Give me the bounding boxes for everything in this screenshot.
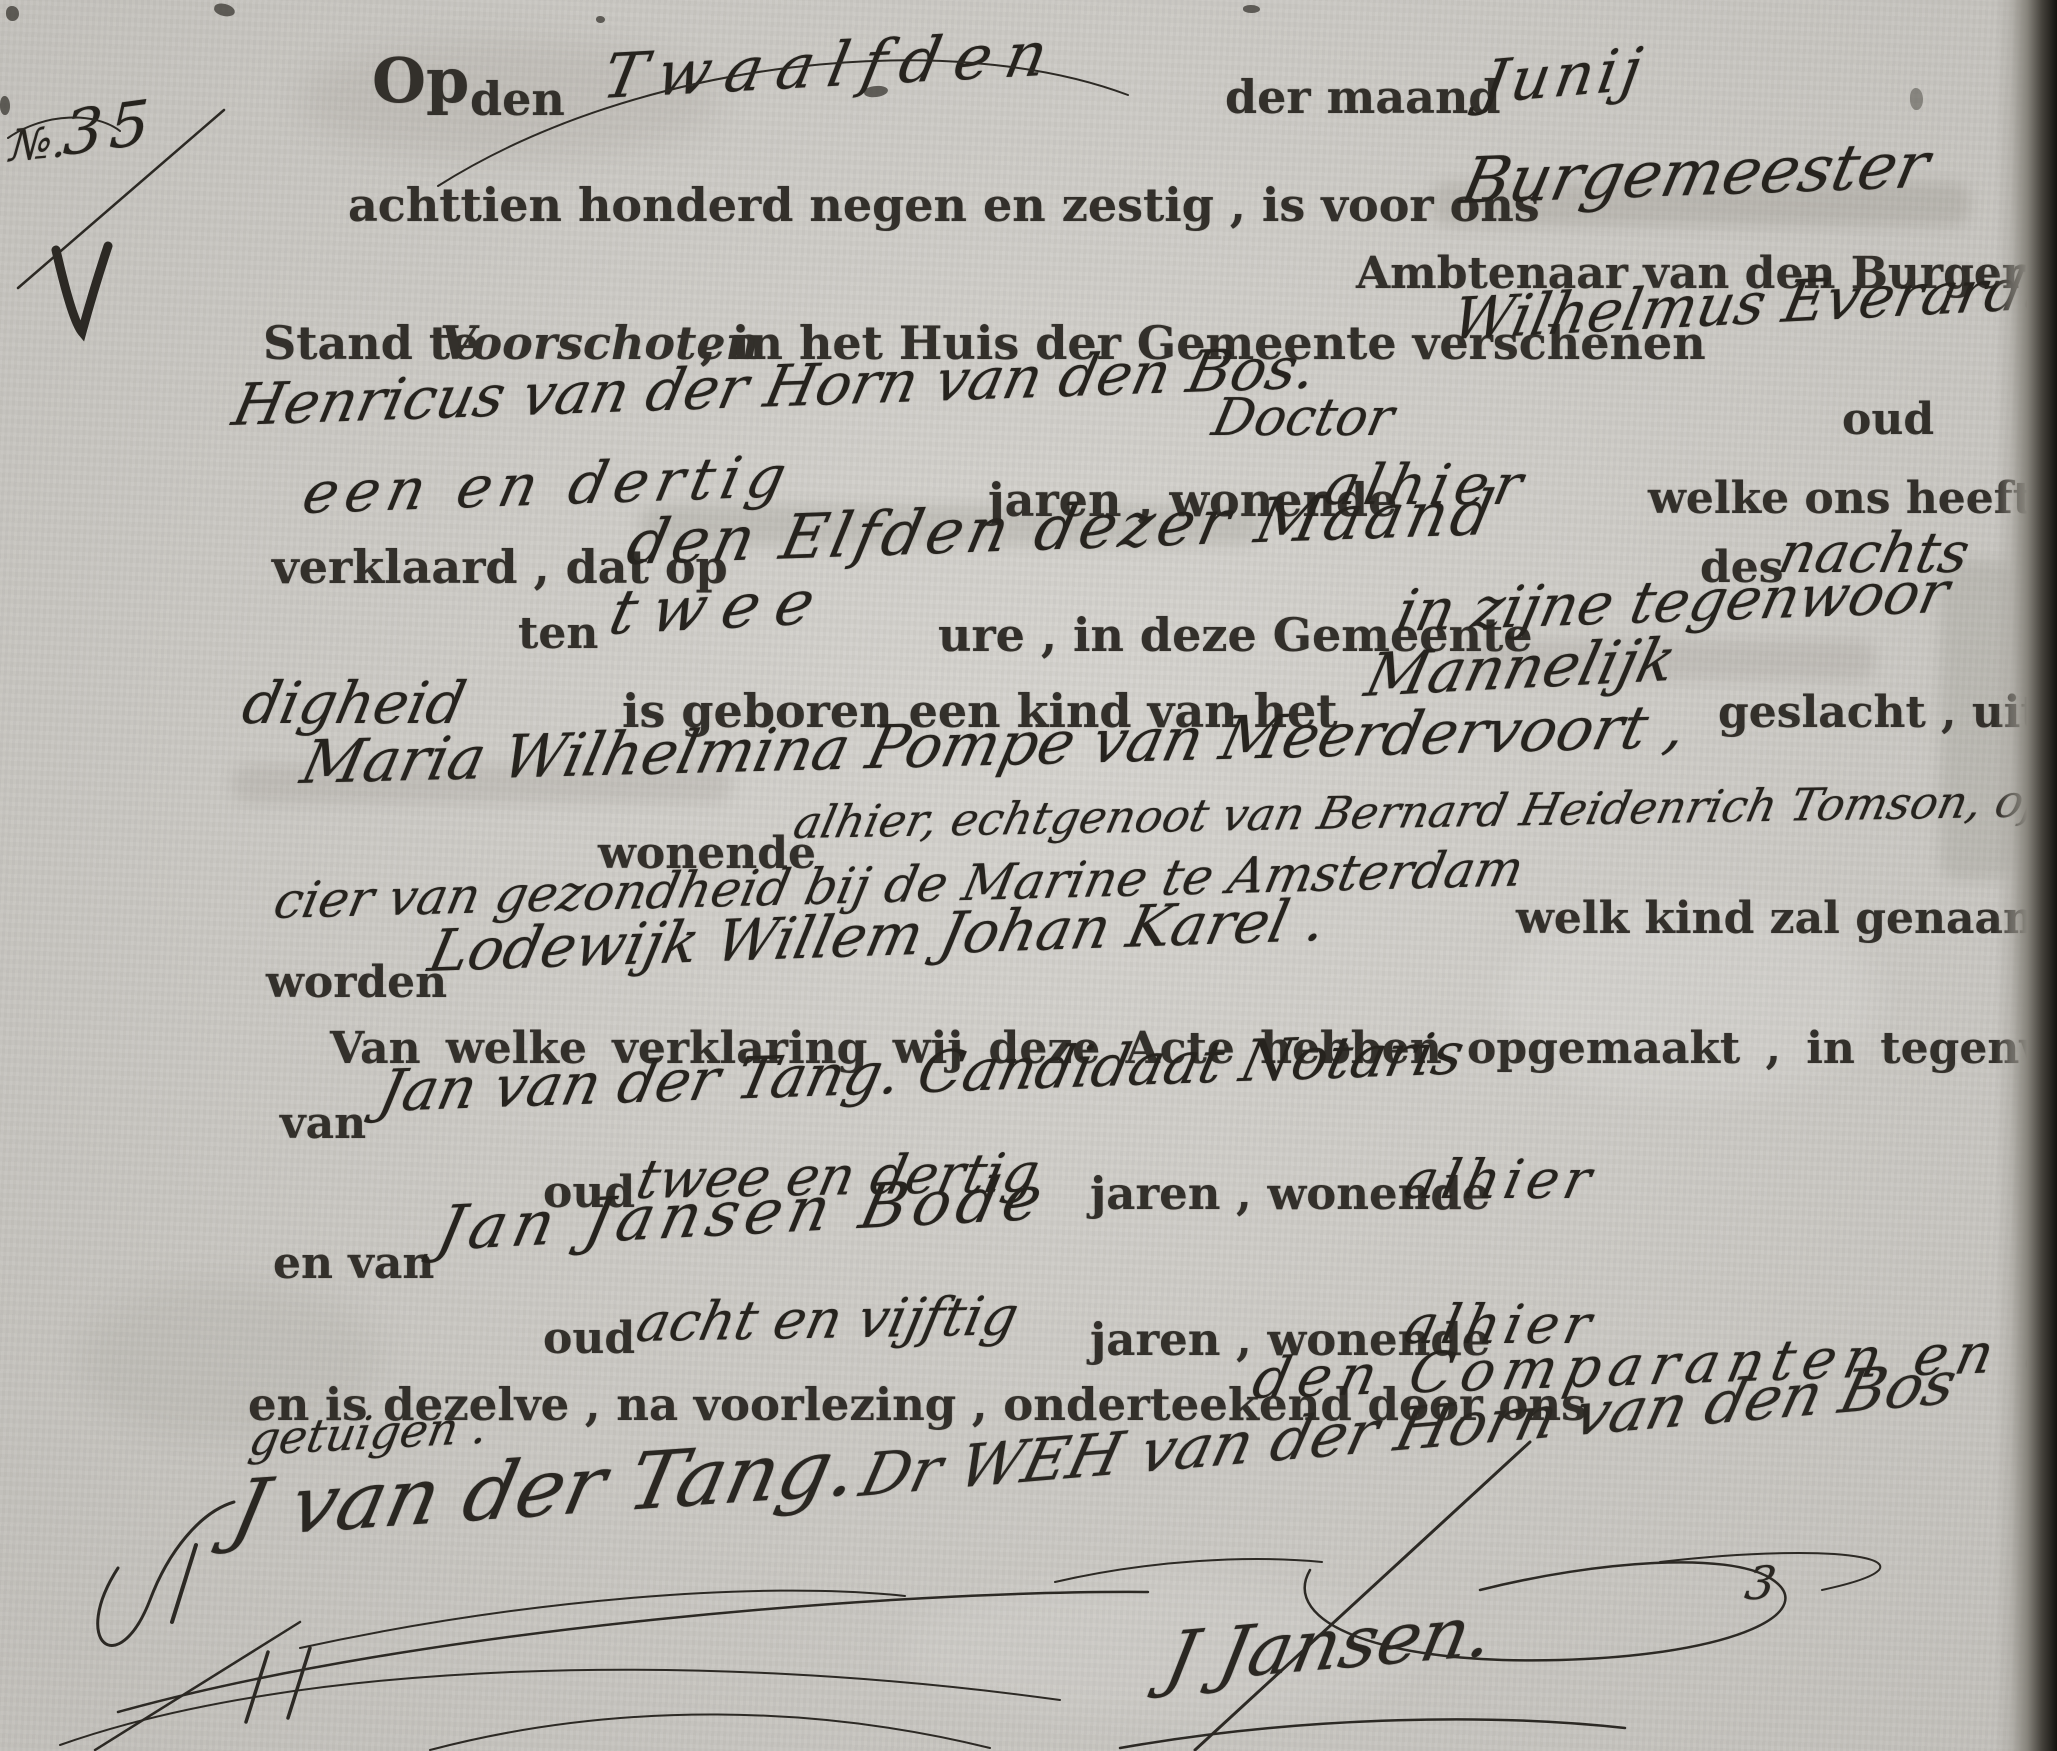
signature-flourish-numeral: 3 bbox=[1742, 1560, 1779, 1606]
birth-certificate-scan: №. 35 Op den Twaalfden der maand Junij a… bbox=[0, 0, 2057, 1751]
printed-geslacht-uit: geslacht , uit bbox=[1718, 691, 2041, 735]
printed-oud-3: oud bbox=[543, 1317, 635, 1361]
tang-underline-1 bbox=[300, 1591, 905, 1648]
hw-registration-day: Twaalfden bbox=[598, 22, 1067, 108]
printed-year-line: achttien honderd negen en zestig , is vo… bbox=[348, 182, 1540, 228]
hw-echtgenoot: alhier, echtgenoot van Bernard Heidenric… bbox=[790, 778, 2057, 845]
hw-declarant-profession: Doctor bbox=[1208, 392, 1398, 444]
ink-speck bbox=[1910, 88, 1923, 110]
hw-hour: twee bbox=[604, 571, 837, 644]
printed-den: den bbox=[470, 76, 565, 122]
ditto-mark bbox=[288, 1648, 310, 1718]
printed-en-van: en van bbox=[273, 1242, 434, 1286]
bottom-left-flourish bbox=[60, 1670, 1060, 1745]
signature-jansen: J Jansen. bbox=[1160, 1594, 1500, 1694]
printed-der-maand: der maand bbox=[1225, 74, 1501, 120]
ditto-mark bbox=[246, 1652, 268, 1722]
hw-witness2-name: Jan Jansen Bode bbox=[432, 1167, 1054, 1260]
printed-welk-kind: welk kind zal genaamd bbox=[1516, 897, 2057, 941]
printed-ten: ten bbox=[518, 612, 598, 656]
ink-speck bbox=[596, 16, 605, 23]
hw-burgemeester: Burgemeester bbox=[1456, 134, 1935, 214]
ink-speck bbox=[1243, 5, 1260, 13]
hw-month: Junij bbox=[1478, 39, 1650, 113]
printed-oud-1: oud bbox=[1842, 398, 1934, 442]
ink-speck bbox=[213, 2, 236, 18]
horn-flourish-lead bbox=[1055, 1559, 1322, 1582]
hw-digheid: digheid bbox=[238, 674, 471, 732]
hw-witness2-age: acht en vijftig bbox=[632, 1289, 1023, 1350]
printed-van: van bbox=[280, 1102, 366, 1146]
tang-underline-2 bbox=[118, 1592, 1148, 1712]
act-number-sign: №. bbox=[8, 120, 68, 169]
ditto-mark bbox=[172, 1545, 196, 1622]
printed-op: Op bbox=[372, 50, 469, 112]
tang-flourish-loop bbox=[98, 1502, 234, 1645]
printed-welke-ons-heeft: welke ons heeft bbox=[1648, 477, 2033, 521]
ink-speck bbox=[6, 6, 19, 21]
bottom-centre-flourish bbox=[430, 1714, 990, 1750]
bottom-left-diagonal bbox=[95, 1622, 300, 1750]
hw-alhier-2: alhier bbox=[1400, 1153, 1601, 1207]
printed-worden: worden bbox=[266, 961, 447, 1005]
ink-speck bbox=[0, 96, 10, 115]
act-number: 35 bbox=[62, 91, 156, 165]
check-mark bbox=[56, 246, 108, 332]
hw-mother-name: Maria Wilhelmina Pompe van Meerdervoort … bbox=[296, 697, 1692, 793]
jansen-underline bbox=[1120, 1719, 1625, 1748]
